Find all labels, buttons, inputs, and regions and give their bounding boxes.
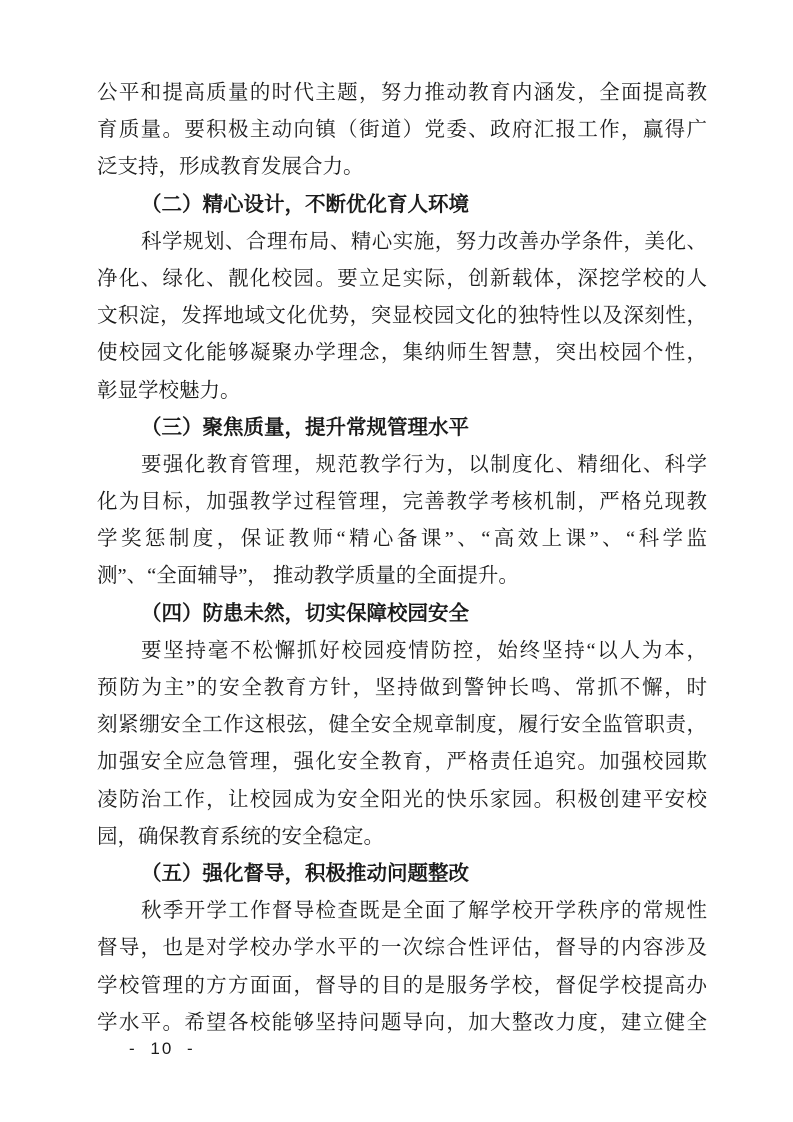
paragraph-line: 园，确保教育系统的安全稳定。 [97,819,707,856]
section-heading: （三）聚焦质量，提升常规管理水平 [97,410,707,447]
paragraph-line: 彰显学校魅力。 [97,373,707,410]
paragraph-line: 要强化教育管理，规范教学行为，以制度化、精细化、科学 [97,447,707,484]
paragraph-line: 凌防治工作，让校园成为安全阳光的快乐家园。积极创建平安校 [97,782,707,819]
paragraph-line: 加强安全应急管理，强化安全教育，严格责任追究。加强校园欺 [97,744,707,781]
paragraph-line: 督导，也是对学校办学水平的一次综合性评估，督导的内容涉及 [97,930,707,967]
paragraph-line: 净化、绿化、靓化校园。要立足实际，创新载体，深挖学校的人 [97,261,707,298]
paragraph-line: 刻紧绷安全工作这根弦，健全安全规章制度，履行安全监管职责， [97,707,707,744]
paragraph-line: 使校园文化能够凝聚办学理念，集纳师生智慧，突出校园个性， [97,335,707,372]
paragraph-line: 秋季开学工作督导检查既是全面了解学校开学秩序的常规性 [97,893,707,930]
paragraph-line: 公平和提高质量的时代主题，努力推动教育内涵发，全面提高教 [97,75,707,112]
section-heading: （二）精心设计，不断优化育人环境 [97,187,707,224]
paragraph-line: 要坚持毫不松懈抓好校园疫情防控，始终坚持“以人为本， [97,633,707,670]
section-heading: （五）强化督导，积极推动问题整改 [97,856,707,893]
document-body: 公平和提高质量的时代主题，努力推动教育内涵发，全面提高教育质量。要积极主动向镇（… [97,75,707,1042]
paragraph-line: 学奖惩制度，保证教师“精心备课”、“高效上课”、“科学监 [97,521,707,558]
document-page: 公平和提高质量的时代主题，努力推动教育内涵发，全面提高教育质量。要积极主动向镇（… [0,0,793,1122]
paragraph-line: 化为目标，加强教学过程管理，完善教学考核机制，严格兑现教 [97,484,707,521]
paragraph-line: 泛支持，形成教育发展合力。 [97,149,707,186]
section-heading: （四）防患未然，切实保障校园安全 [97,596,707,633]
paragraph-line: 学校管理的方方面面，督导的目的是服务学校，督促学校提高办 [97,968,707,1005]
paragraph-line: 科学规划、合理布局、精心实施，努力改善办学条件，美化、 [97,224,707,261]
paragraph-line: 预防为主”的安全教育方针，坚持做到警钟长鸣、常抓不懈，时 [97,670,707,707]
paragraph-line: 学水平。希望各校能够坚持问题导向，加大整改力度，建立健全 [97,1005,707,1042]
paragraph-line: 测”、“全面辅导”， 推动教学质量的全面提升。 [97,558,707,595]
paragraph-line: 育质量。要积极主动向镇（街道）党委、政府汇报工作，赢得广 [97,112,707,149]
page-number: - 10 - [129,1040,195,1058]
paragraph-line: 文积淀，发挥地域文化优势，突显校园文化的独特性以及深刻性， [97,298,707,335]
